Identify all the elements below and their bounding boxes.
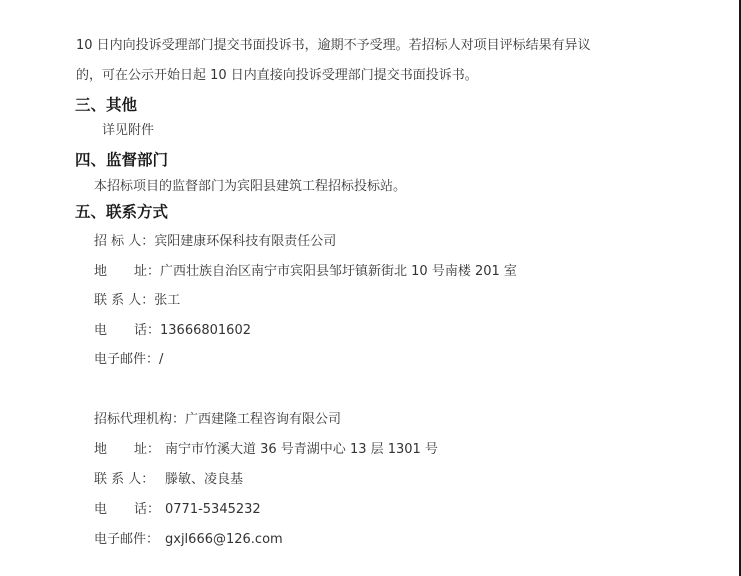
agency-address-row: 地址：南宁市竹溪大道 36 号青湖中心 13 层 1301 号: [94, 442, 438, 458]
agency-phone-label-b: 话：: [134, 502, 165, 518]
agency-name-row: 招标代理机构：广西建隆工程咨询有限公司: [94, 412, 341, 428]
agency-phone-value: 0771-5345232: [165, 502, 261, 518]
agency-phone-row: 电话：0771-5345232: [94, 502, 261, 518]
paragraph-line-2: 的，可在公示开始日起 10 日内直接向投诉受理部门提交书面投诉书。: [76, 68, 478, 84]
tenderer-name-row: 招 标 人：宾阳建康环保科技有限责任公司: [94, 234, 336, 250]
section-body-supervision: 本招标项目的监督部门为宾阳县建筑工程招标投标站。: [94, 179, 406, 195]
paragraph-line-1: 10 日内向投诉受理部门提交书面投诉书，逾期不予受理。若招标人对项目评标结果有异…: [76, 38, 591, 54]
agency-address-value: 南宁市竹溪大道 36 号青湖中心 13 层 1301 号: [165, 442, 438, 458]
tenderer-address-row: 地址：广西壮族自治区南宁市宾阳县邹圩镇新街北 10 号南楼 201 室: [94, 264, 517, 280]
section-heading-supervision: 四、监督部门: [75, 151, 168, 169]
section-heading-other: 三、其他: [75, 96, 137, 114]
tenderer-phone-value: 13666801602: [160, 323, 251, 339]
tenderer-name-value: 宾阳建康环保科技有限责任公司: [154, 234, 336, 250]
tenderer-address-label-a: 地: [94, 264, 134, 280]
agency-name-label: 招标代理机构：: [94, 412, 185, 428]
tenderer-email-value: /: [159, 352, 163, 368]
agency-email-row: 电子邮件：gxjl666@126.com: [94, 532, 283, 548]
agency-contact-row: 联 系 人：滕敏、凌良基: [94, 472, 243, 488]
tenderer-address-label-b: 址：: [134, 264, 160, 280]
section-body-other: 详见附件: [102, 123, 154, 139]
tenderer-phone-label-a: 电: [94, 323, 134, 339]
tenderer-address-value: 广西壮族自治区南宁市宾阳县邹圩镇新街北 10 号南楼 201 室: [160, 264, 517, 280]
agency-name-value: 广西建隆工程咨询有限公司: [185, 412, 341, 428]
tenderer-phone-row: 电话：13666801602: [94, 323, 251, 339]
tenderer-contact-label: 联 系 人：: [94, 293, 154, 309]
section-heading-contact: 五、联系方式: [75, 203, 168, 221]
agency-address-label-a: 地: [94, 442, 134, 458]
tenderer-email-label: 电子邮件：: [94, 352, 159, 368]
tenderer-email-row: 电子邮件：/: [94, 352, 163, 368]
agency-email-value: gxjl666@126.com: [165, 532, 283, 548]
agency-phone-label-a: 电: [94, 502, 134, 518]
agency-address-label-b: 址：: [134, 442, 165, 458]
tenderer-contact-row: 联 系 人：张工: [94, 293, 180, 309]
tenderer-phone-label-b: 话：: [134, 323, 160, 339]
tenderer-name-label: 招 标 人：: [94, 234, 154, 250]
document-page: 10 日内向投诉受理部门提交书面投诉书，逾期不予受理。若招标人对项目评标结果有异…: [0, 0, 739, 576]
agency-contact-label: 联 系 人：: [94, 472, 165, 488]
agency-contact-value: 滕敏、凌良基: [165, 472, 243, 488]
tenderer-contact-value: 张工: [154, 293, 180, 309]
agency-email-label: 电子邮件：: [94, 532, 165, 548]
